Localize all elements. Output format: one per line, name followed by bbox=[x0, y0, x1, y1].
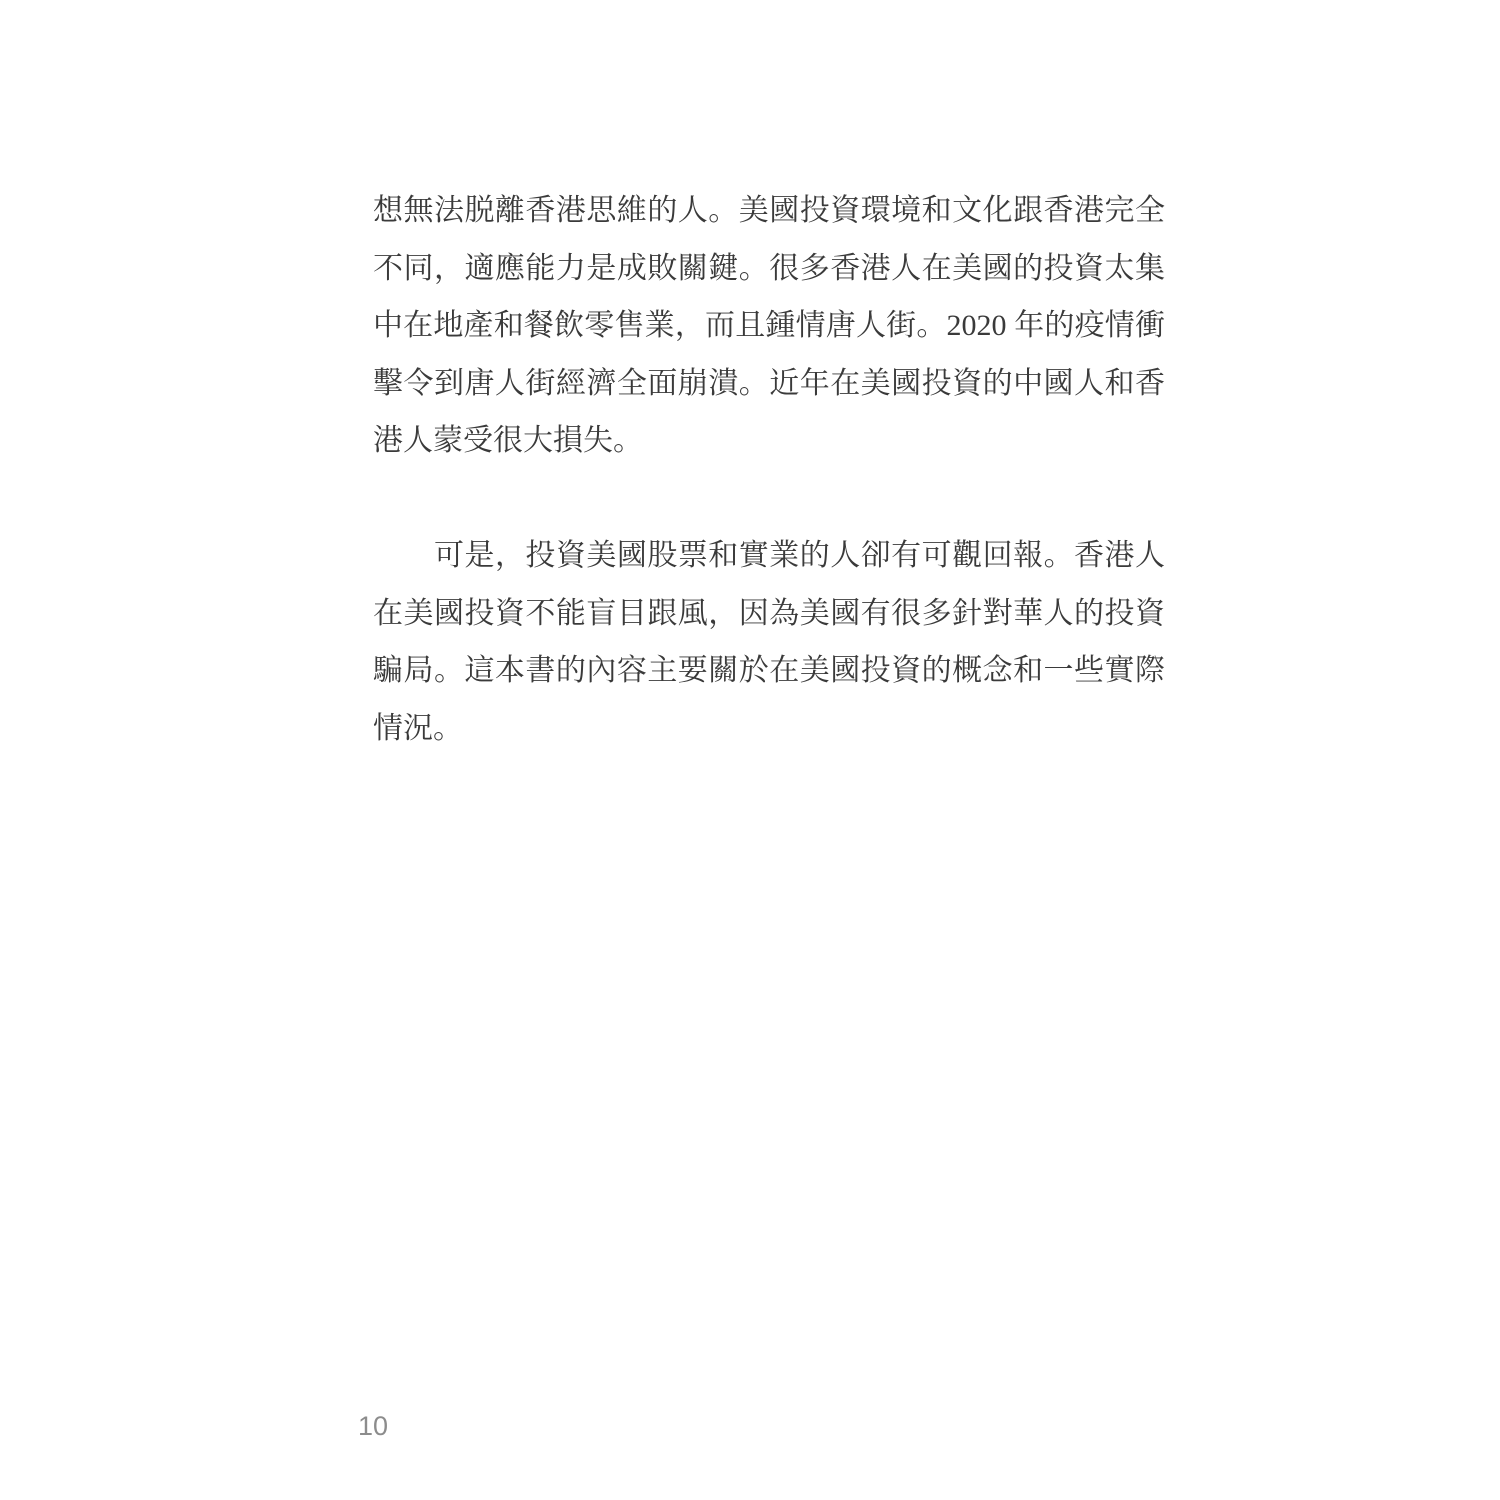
text-line: 港人蒙受很大損失。 bbox=[373, 412, 1165, 470]
text-line: 可是，投資美國股票和實業的人卻有可觀回報。香港人 bbox=[373, 527, 1165, 585]
body-text: 想無法脱離香港思維的人。美國投資環境和文化跟香港完全 不同，適應能力是成敗關鍵。… bbox=[373, 182, 1165, 757]
document-page: 想無法脱離香港思維的人。美國投資環境和文化跟香港完全 不同，適應能力是成敗關鍵。… bbox=[0, 0, 1500, 1500]
text-line: 擊令到唐人街經濟全面崩潰。近年在美國投資的中國人和香 bbox=[373, 355, 1165, 413]
text-line: 不同，適應能力是成敗關鍵。很多香港人在美國的投資太集 bbox=[373, 240, 1165, 298]
text-line: 中在地產和餐飲零售業，而且鍾情唐人街。2020 年的疫情衝 bbox=[373, 297, 1165, 355]
paragraph-2: 可是，投資美國股票和實業的人卻有可觀回報。香港人 在美國投資不能盲目跟風，因為美… bbox=[373, 527, 1165, 757]
page-number: 10 bbox=[358, 1408, 388, 1444]
paragraph-1: 想無法脱離香港思維的人。美國投資環境和文化跟香港完全 不同，適應能力是成敗關鍵。… bbox=[373, 182, 1165, 470]
text-line: 在美國投資不能盲目跟風，因為美國有很多針對華人的投資 bbox=[373, 585, 1165, 643]
text-line: 情況。 bbox=[373, 700, 1165, 758]
text-line: 騙局。這本書的內容主要關於在美國投資的概念和一些實際 bbox=[373, 642, 1165, 700]
text-line: 想無法脱離香港思維的人。美國投資環境和文化跟香港完全 bbox=[373, 182, 1165, 240]
